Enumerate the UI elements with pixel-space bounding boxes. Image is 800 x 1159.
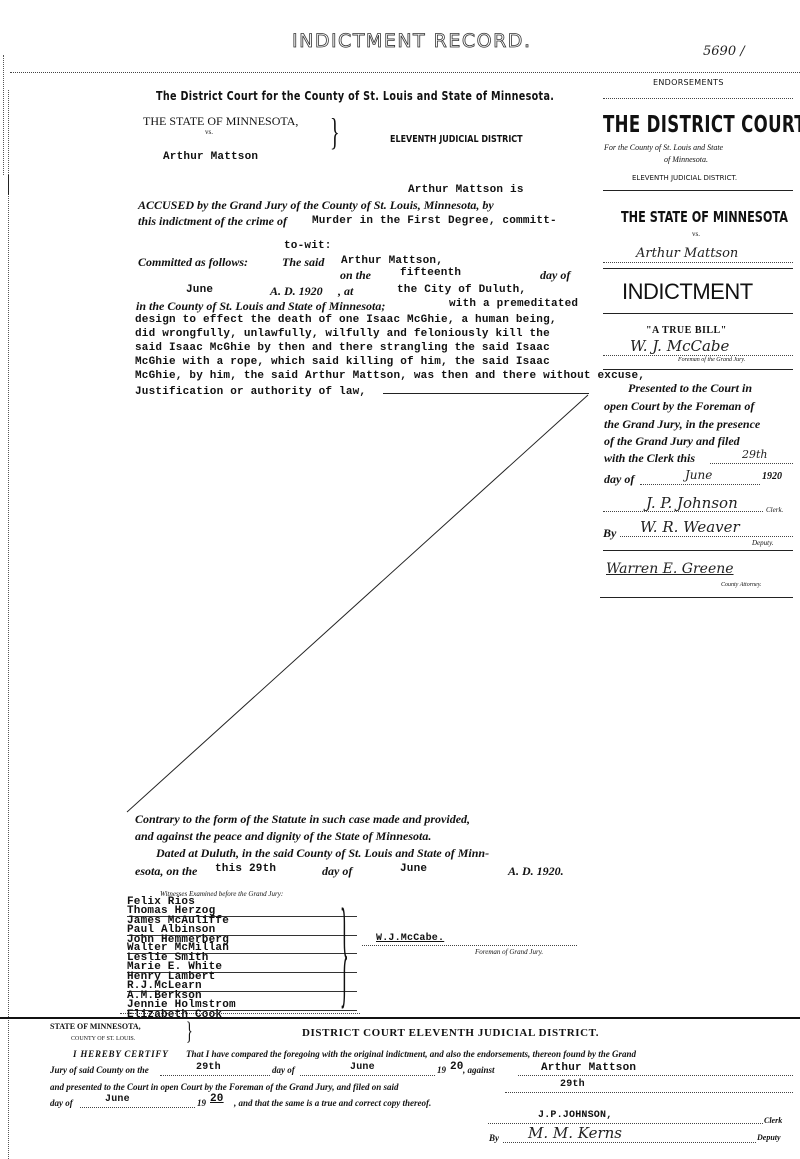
cert-state: STATE OF MINNESOTA, [50,1022,141,1031]
cert-by: By [489,1133,499,1143]
endorse-presented-1: open Court by the Foreman of [604,399,754,414]
cert-filed-year: 20 [210,1093,224,1105]
endorse-rule-2 [603,190,793,191]
dated-day-of: day of [322,864,352,879]
endorse-defendant-signature: Arthur Mattson [636,246,738,261]
endorse-day-of: day of [604,472,634,487]
cert-deputy-signature: M. M. Kerns [528,1124,622,1142]
cert-found-month: June [350,1062,375,1073]
cert-line-2d: , against [463,1065,495,1075]
endorse-presented-0: Presented to the Court in [628,381,752,396]
endorse-attorney-signature: Warren E. Greene [606,561,734,577]
endorse-filed-month: June [685,468,712,482]
dated-month: June [400,863,427,875]
endorse-rule-7 [600,597,793,598]
cert-line-1: That I have compared the foregoing with … [186,1049,636,1059]
dated-line-2-prefix: esota, on the [135,864,197,879]
endorse-foreman-label: Foreman of the Grand Jury. [678,357,745,363]
dated-day: this 29th [215,863,276,875]
witness-list: Felix RiosThomas HerzogJames McAuliffePa… [127,898,357,1020]
endorse-attorney-label: County Attorney. [721,582,762,588]
dated-line-1: Dated at Duluth, in the said County of S… [156,846,489,861]
cert-filed-month-rule [80,1107,195,1108]
endorse-filed-day-rule [710,463,793,464]
cert-line-3: and presented to the Court in open Court… [50,1082,398,1092]
endorse-sig-rule [603,262,793,263]
endorse-foreman-signature: W. J. McCabe [630,337,729,355]
cert-line-2a: Jury of said County on the [50,1065,149,1075]
witness-bottom-rule [120,1013,360,1014]
cert-found-day-rule [160,1075,270,1076]
cert-line-2b: day of [272,1065,295,1075]
endorse-county-line2: of Minnesota. [664,155,708,164]
certificate-top-rule [0,1017,800,1019]
endorse-clerk-signature: J. P. Johnson [646,494,738,512]
endorse-clerk-rule [603,511,763,512]
cert-clerk-name: J.P.JOHNSON, [538,1110,612,1121]
cert-line-4a: day of [50,1098,73,1108]
cert-filed-month: June [105,1094,130,1105]
cert-line-4c: , and that the same is a true and correc… [234,1098,431,1108]
cert-heading: DISTRICT COURT ELEVENTH JUDICIAL DISTRIC… [302,1027,599,1039]
endorse-rule-6 [603,550,793,551]
endorse-presented-2: the Grand Jury, in the presence [604,417,760,432]
jury-foreman-label: Foreman of Grand Jury. [475,948,543,956]
cert-filed-day-rule [505,1092,793,1093]
endorse-deputy-signature: W. R. Weaver [640,518,740,536]
cert-deputy-rule [503,1142,756,1143]
endorsements-heading: ENDORSEMENTS [653,78,724,87]
endorse-deputy-rule [620,536,793,537]
endorse-foreman-rule [603,355,793,356]
endorse-by: By [603,526,616,541]
contrary-line-1: Contrary to the form of the Statute in s… [135,812,470,827]
endorse-rule-5 [603,369,793,370]
cert-filed-day: 29th [560,1079,585,1090]
cert-line-4b: 19 [197,1098,206,1108]
endorse-rule-3 [603,268,793,269]
endorse-clerk-label: Clerk. [766,506,783,514]
cert-clerk-label: Clerk [764,1116,782,1125]
cert-line-2c: 19 [437,1065,446,1075]
endorse-court: THE DISTRICT COURT, [603,112,800,138]
endorse-doc-type: INDICTMENT [622,279,753,305]
cert-against-rule [518,1075,793,1076]
cert-found-day: 29th [196,1062,221,1073]
cert-found-month-rule [300,1075,435,1076]
witness-brace: } [340,880,349,1023]
endorse-rule-1 [603,98,793,99]
endorse-vs: vs. [692,230,700,238]
dated-year: A. D. 1920. [508,864,564,879]
endorse-true-bill: "A TRUE BILL" [646,325,727,336]
endorse-district: ELEVENTH JUDICIAL DISTRICT. [632,174,737,182]
contrary-line-2: and against the peace and dignity of the… [135,829,431,844]
cert-brace: } [186,1019,193,1048]
cert-deputy-label: Deputy [757,1133,781,1142]
jury-foreman-name: W.J.McCabe. [376,933,444,944]
cert-county: COUNTY OF ST. LOUIS. [71,1036,135,1042]
endorse-filed-year: 1920 [762,471,782,482]
endorse-month-rule [640,484,760,485]
endorse-rule-4 [603,313,793,314]
jury-foreman-rule [362,945,577,946]
endorse-state: THE STATE OF MINNESOTA [621,208,788,226]
cert-certify-lead: I HEREBY CERTIFY [73,1049,169,1059]
endorse-presented-3: of the Grand Jury and filed [604,434,740,449]
cert-against: Arthur Mattson [541,1062,636,1074]
endorse-deputy-label: Deputy. [752,539,774,547]
endorse-county-line1: For the County of St. Louis and State [604,143,723,152]
cert-found-year: 20 [450,1061,464,1073]
endorse-filed-clerk: with the Clerk this [604,451,695,466]
endorse-filed-day: 29th [742,448,768,461]
